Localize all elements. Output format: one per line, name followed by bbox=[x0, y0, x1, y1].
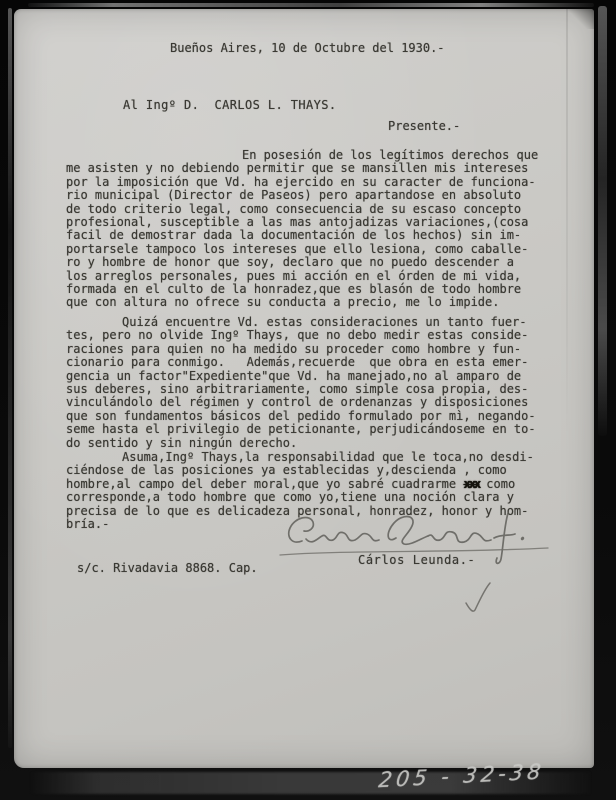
date-line: Bueños Aires, 10 de Octubre del 1930.- bbox=[170, 42, 445, 55]
sender-address: s/c. Rivadavia 8868. Cap. bbox=[77, 562, 258, 575]
text-line: facil de demostrar dada la documentación… bbox=[66, 229, 578, 242]
recipient-line: Al Ingº D. CARLOS L. THAYS. bbox=[123, 99, 337, 112]
text-line: cionario para conmigo. Además,recuerde q… bbox=[66, 356, 578, 369]
text-line: me asisten y no debiendo permitir que se… bbox=[66, 162, 578, 175]
typed-signature-name: Cárlos Leunda.- bbox=[358, 554, 475, 567]
text-line: do sentido y sin ningún derecho. bbox=[66, 437, 578, 450]
text-line: que con altura no ofrece su conducta a p… bbox=[66, 296, 578, 309]
text-line: por la imposición que Vd. ha ejercido en… bbox=[66, 176, 578, 189]
text-line: tes, pero no olvide Ingº Thays, que no d… bbox=[66, 329, 578, 342]
text-line: ciéndose de las posiciones ya establecid… bbox=[66, 464, 578, 477]
text-line: gencia un factor"Expediente"que Vd. ha m… bbox=[66, 370, 578, 383]
text-line: Quizá encuentre Vd. estas consideracione… bbox=[66, 316, 578, 329]
text-line: portarsele tampoco los intereses que ell… bbox=[66, 243, 578, 256]
text-line: los arreglos personales, pues mi acción … bbox=[66, 270, 578, 283]
strike-after-text: como bbox=[479, 477, 515, 491]
text-line: Asuma,Ingº Thays,la responsabilidad que … bbox=[66, 451, 578, 464]
paragraph-1: En posesión de los legítimos derechos qu… bbox=[66, 149, 578, 310]
text-line: de todo criterio legal, como consecuenci… bbox=[66, 203, 578, 216]
text-line: corresponde,a todo hombre que como yo,ti… bbox=[66, 491, 578, 504]
text-line: seme hasta el privilegio de peticionante… bbox=[66, 423, 578, 436]
text-line: En posesión de los legítimos derechos qu… bbox=[66, 149, 578, 162]
paper-corner-shade bbox=[568, 9, 594, 29]
salutation: Presente.- bbox=[388, 120, 460, 133]
letter-document: Bueños Aires, 10 de Octubre del 1930.- A… bbox=[14, 9, 594, 768]
text-line: raciones para quien no ha medido su proc… bbox=[66, 343, 578, 356]
text-line: profesional, susceptible a las mas antoj… bbox=[66, 216, 578, 229]
text-line: rio municipal (Director de Paseos) pero … bbox=[66, 189, 578, 202]
text-line: vinculándolo del régimen y control de or… bbox=[66, 396, 578, 409]
film-edge-left bbox=[8, 8, 12, 748]
text-line: sus deberes, sino arbitrariamente, como … bbox=[66, 383, 578, 396]
checkmark-stroke bbox=[462, 581, 494, 619]
struck-out-word: xxx bbox=[463, 477, 479, 491]
paragraph-2: Quizá encuentre Vd. estas consideracione… bbox=[66, 316, 578, 450]
film-edge-top bbox=[28, 3, 594, 7]
photograph-frame: Bueños Aires, 10 de Octubre del 1930.- A… bbox=[0, 0, 616, 800]
text-line: que son fundamentos básicos del pedido f… bbox=[66, 410, 578, 423]
film-edge-right bbox=[598, 6, 607, 436]
text-line-with-strikeout: hombre,al campo del deber moral,que yo s… bbox=[66, 478, 578, 491]
strike-before-text: hombre,al campo del deber moral,que yo s… bbox=[66, 477, 463, 491]
text-line: formada en el culto de la honradez,que e… bbox=[66, 283, 578, 296]
text-line: ro y hombre de honor que soy, declaro qu… bbox=[66, 256, 578, 269]
